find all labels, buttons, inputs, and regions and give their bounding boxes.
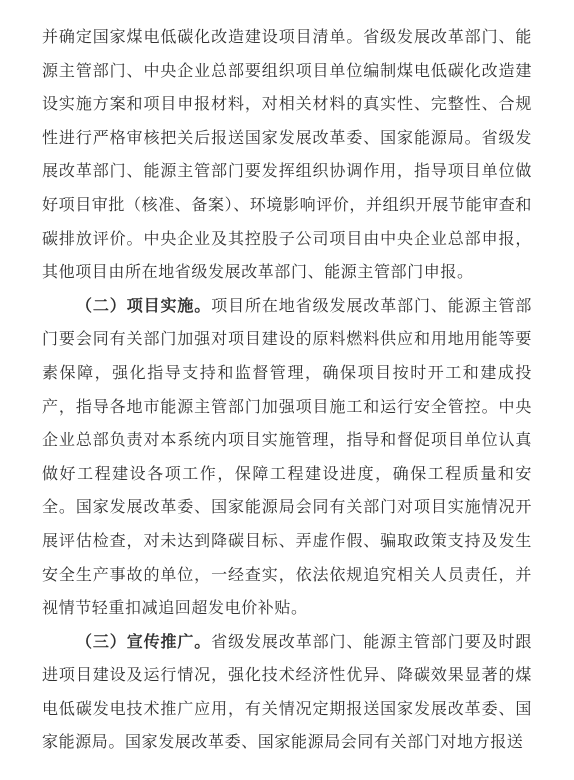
paragraph-promotion: （三）宣传推广。省级发展改革部门、能源主管部门要及时跟进项目建设及运行情况，强化… (42, 626, 532, 760)
paragraph-text: 省级发展改革部门、能源主管部门要及时跟进项目建设及运行情况，强化技术经济性优异、… (42, 634, 532, 752)
paragraph-text: 项目所在地省级发展改革部门、能源主管部门要会同有关部门加强对项目建设的原料燃料供… (42, 298, 532, 617)
section-heading-promotion: （三）宣传推广。 (76, 634, 211, 651)
paragraph-project-implementation: （二）项目实施。项目所在地省级发展改革部门、能源主管部门要会同有关部门加强对项目… (42, 290, 532, 626)
section-heading-project-implementation: （二）项目实施。 (76, 298, 211, 315)
paragraph-project-declaration-continuation: 并确定国家煤电低碳化改造建设项目清单。省级发展改革部门、能源主管部门、中央企业总… (42, 21, 532, 290)
paragraph-text: 并确定国家煤电低碳化改造建设项目清单。省级发展改革部门、能源主管部门、中央企业总… (42, 29, 532, 281)
document-page: 并确定国家煤电低碳化改造建设项目清单。省级发展改革部门、能源主管部门、中央企业总… (0, 0, 574, 780)
